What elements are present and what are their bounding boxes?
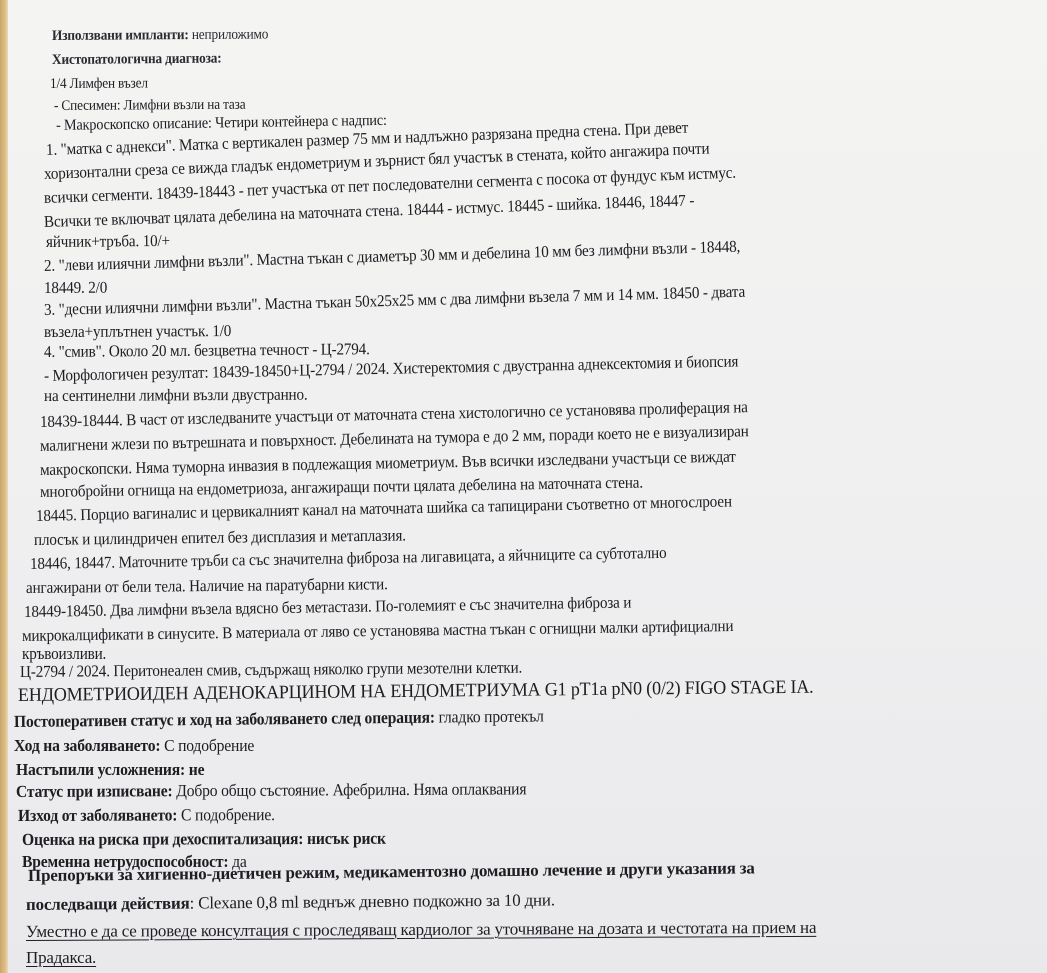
field-label: Постоперативен статус и ход на заболяван…	[14, 708, 435, 731]
field-row: Изход от заболяването: С подобрение.	[18, 805, 275, 826]
field-row: Ход на заболяването: С подобрение	[14, 736, 254, 756]
field-label: Статус при изписване:	[16, 781, 173, 801]
field-label: Изход от заболяването:	[18, 805, 177, 825]
histopathology-heading: Хистопатологична диагноза:	[52, 49, 222, 70]
cardiology-note-2: Прадакса.	[26, 948, 96, 968]
field-row: Настъпили усложнения: не	[16, 760, 204, 780]
text-line: ангажирани от бели тела. Наличие на пара…	[26, 574, 388, 598]
text-line: 4. "смив". Около 20 мл. безцветна течнос…	[44, 339, 370, 362]
text-line: 18449. 2/0	[44, 278, 107, 298]
field-label: Ход на заболяването:	[14, 736, 160, 755]
recommendations-value: : Clexane 0,8 ml веднъж дневно подкожно …	[190, 890, 555, 912]
cardiology-note-1: Уместно е да се проведе консултация с пр…	[26, 918, 816, 942]
field-label: Настъпили усложнения:	[16, 760, 185, 779]
implants-value: неприложимо	[192, 26, 269, 43]
text-line: 1/4 Лимфен възел	[50, 73, 148, 94]
field-value: не	[185, 760, 204, 779]
field-value: С подобрение	[160, 736, 254, 755]
field-value: Добро общо състояние. Афебрилна. Няма оп…	[172, 779, 526, 800]
field-row: Оценка на риска при дехоспитализация: ни…	[22, 829, 386, 850]
field-value: нисък риск	[303, 829, 386, 848]
field-value: С подобрение.	[177, 805, 275, 824]
recommendations-heading-cont: последващи действия	[26, 894, 190, 914]
text-line: възела+уплътнен участък. 1/0	[44, 321, 231, 342]
implants-label: Използвани импланти	[52, 27, 185, 44]
field-label: Оценка на риска при дехоспитализация:	[22, 829, 303, 849]
field-value: гладко протекъл	[435, 706, 544, 726]
field-row: Статус при изписване: Добро общо състоян…	[16, 779, 526, 802]
implants-line: Използвани импланти: неприложимо	[52, 24, 268, 46]
text-line: яйчник+тръба. 10/+	[46, 231, 170, 252]
text-line: на сентинелни лимфни възли двустранно.	[44, 385, 308, 406]
